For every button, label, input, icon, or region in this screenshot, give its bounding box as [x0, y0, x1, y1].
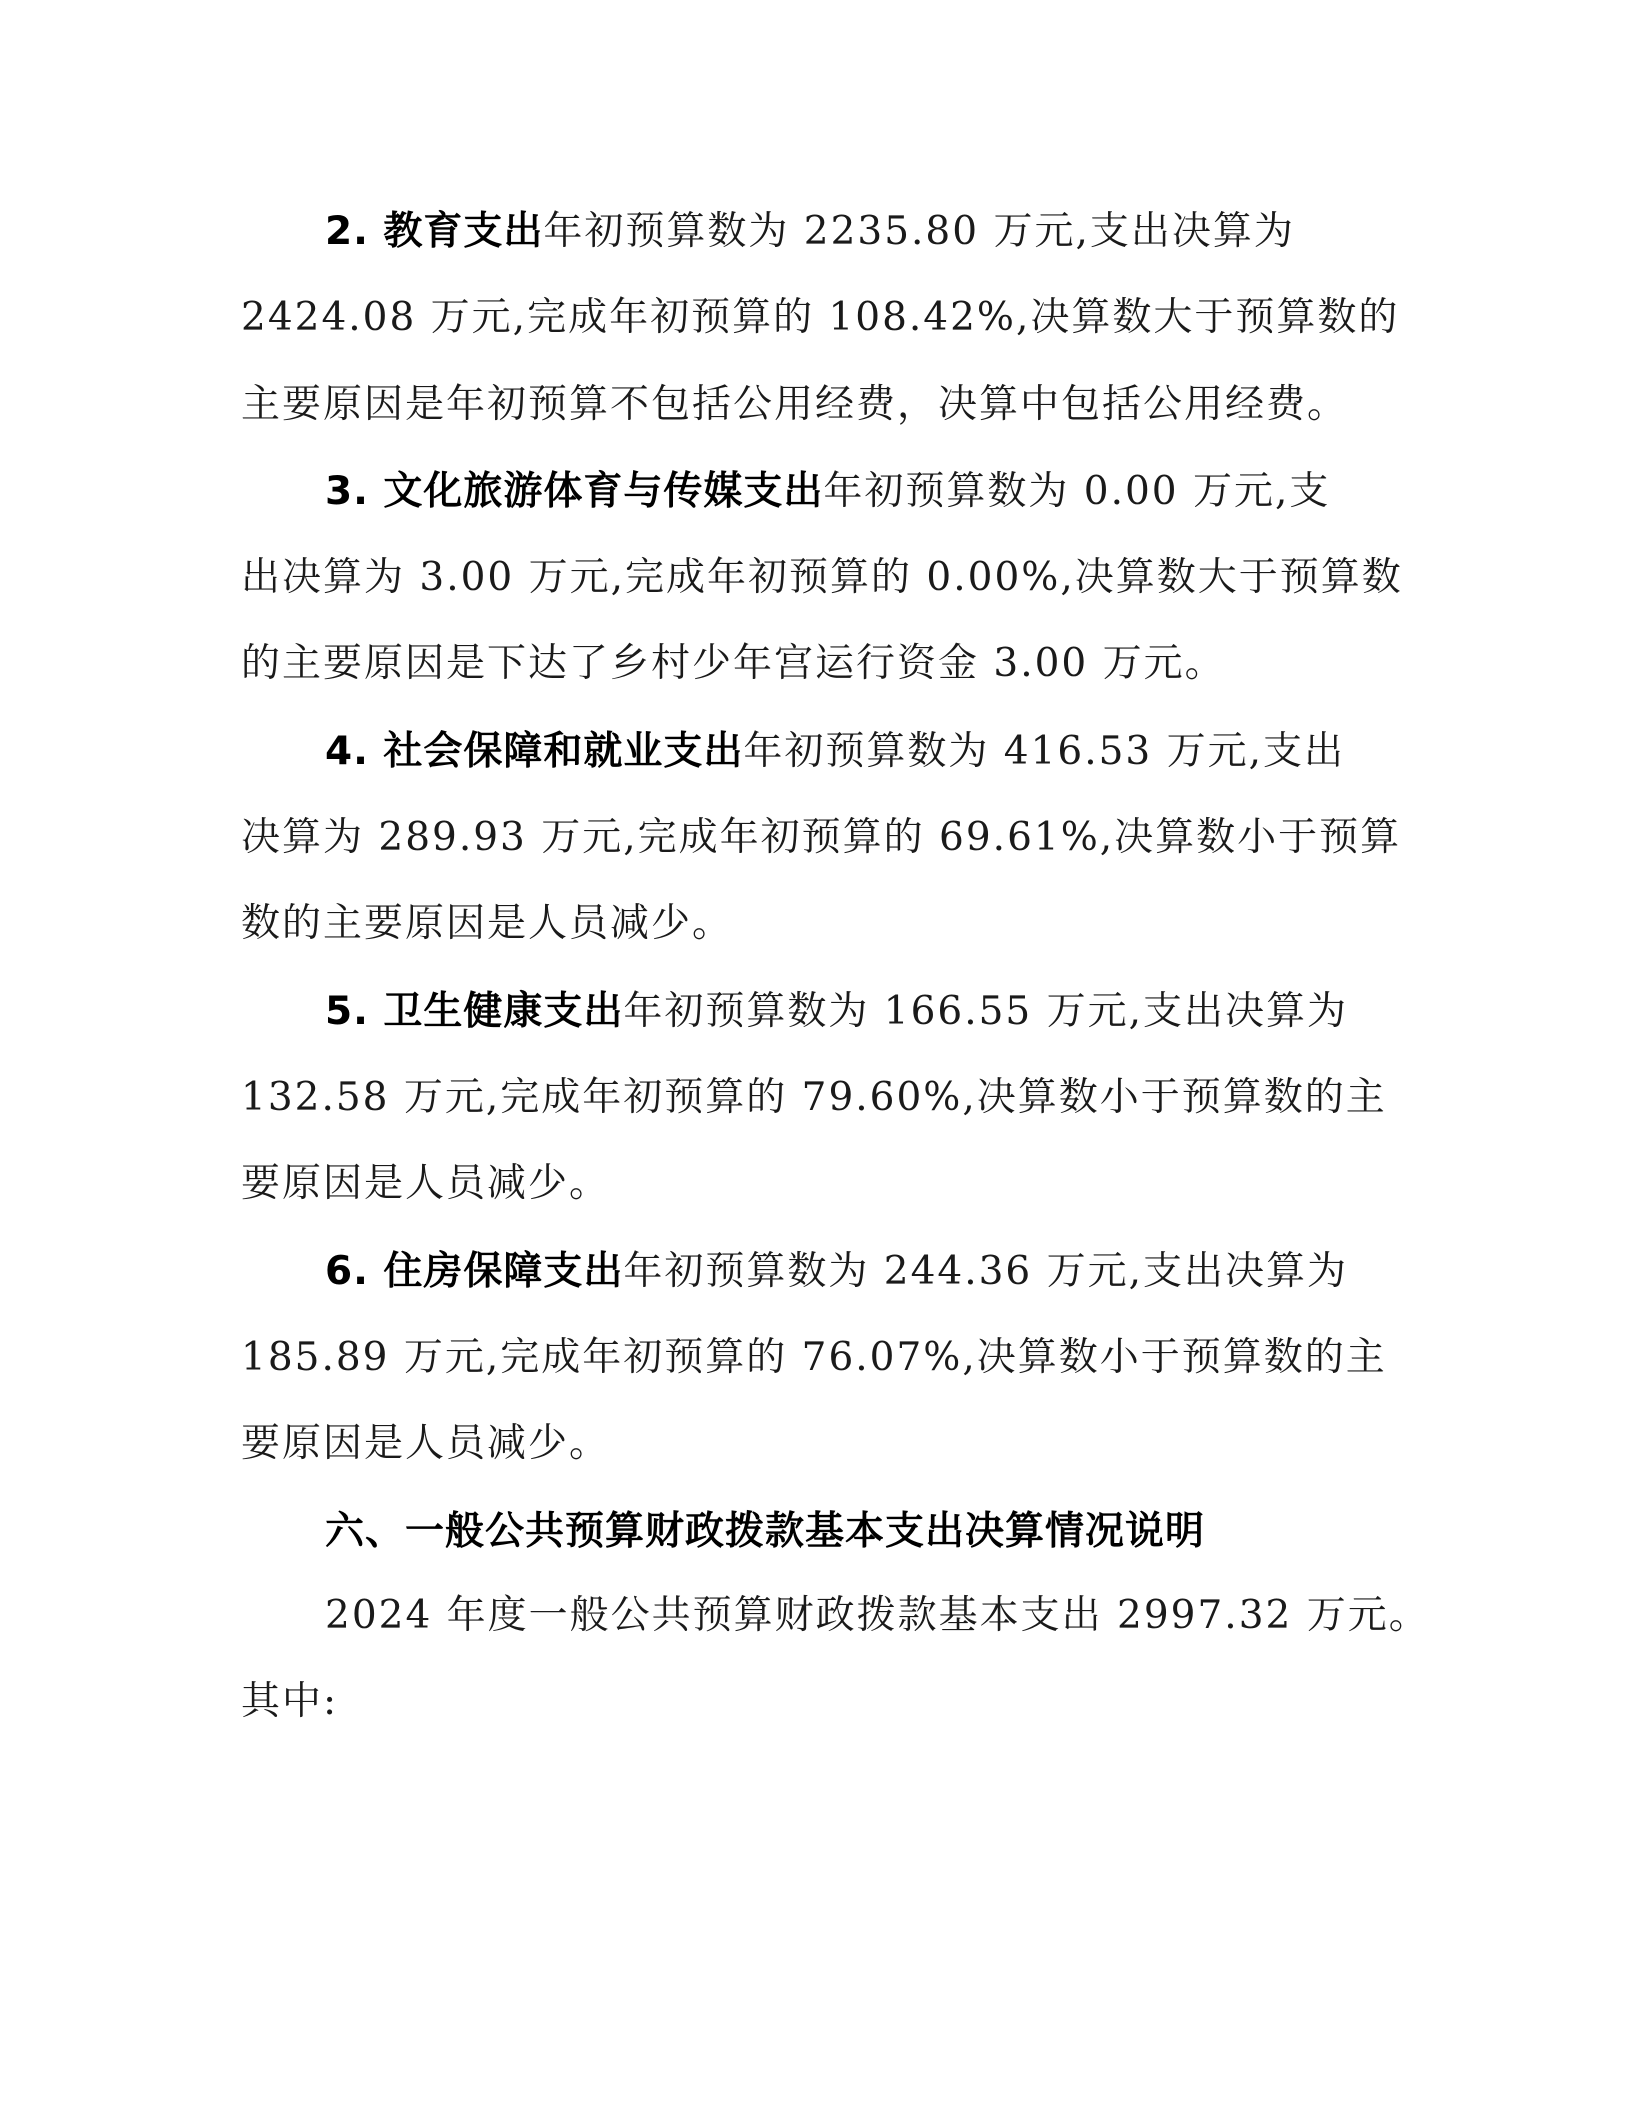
paragraph-6-line-2: 185.89 万元,完成年初预算的 76.07%,决算数小于预算数的主	[241, 1333, 1401, 1383]
paragraph-2-title: 教育支出	[383, 209, 543, 254]
paragraph-4-line-1: 4. 社会保障和就业支出年初预算数为 416.53 万元,支出	[325, 727, 1485, 777]
section-body-line-2: 其中:	[241, 1677, 1401, 1727]
document-page: 2. 教育支出年初预算数为 2235.80 万元,支出决算为 2424.08 万…	[0, 0, 1632, 2112]
paragraph-5-line-2: 132.58 万元,完成年初预算的 79.60%,决算数小于预算数的主	[241, 1073, 1401, 1123]
paragraph-3-line-3: 的主要原因是下达了乡村少年宫运行资金 3.00 万元。	[241, 639, 1401, 689]
paragraph-4-title: 社会保障和就业支出	[383, 729, 743, 774]
paragraph-3-title: 文化旅游体育与传媒支出	[383, 469, 823, 514]
paragraph-5-title: 卫生健康支出	[383, 989, 623, 1034]
paragraph-6-number: 6.	[325, 1249, 369, 1294]
paragraph-6-title: 住房保障支出	[383, 1249, 623, 1294]
paragraph-2-line-3: 主要原因是年初预算不包括公用经费，决算中包括公用经费。	[241, 380, 1401, 430]
paragraph-3-number: 3.	[325, 469, 369, 514]
paragraph-4-line-3: 数的主要原因是人员减少。	[241, 899, 1401, 949]
paragraph-2-number: 2.	[325, 209, 369, 254]
paragraph-6-line-1: 6. 住房保障支出年初预算数为 244.36 万元,支出决算为	[325, 1247, 1485, 1297]
section-heading: 六、一般公共预算财政拨款基本支出决算情况说明	[325, 1507, 1485, 1557]
paragraph-2-text: 年初预算数为 2235.80 万元,支出决算为	[543, 209, 1294, 254]
section-body-line-1: 2024 年度一般公共预算财政拨款基本支出 2997.32 万元。	[325, 1591, 1485, 1641]
paragraph-6-line-3: 要原因是人员减少。	[241, 1419, 1401, 1469]
paragraph-5-line-1: 5. 卫生健康支出年初预算数为 166.55 万元,支出决算为	[325, 987, 1485, 1037]
paragraph-5-number: 5.	[325, 989, 369, 1034]
paragraph-3-line-2: 出决算为 3.00 万元,完成年初预算的 0.00%,决算数大于预算数	[241, 553, 1401, 603]
paragraph-2-line-1: 2. 教育支出年初预算数为 2235.80 万元,支出决算为	[325, 207, 1485, 257]
paragraph-6-text: 年初预算数为 244.36 万元,支出决算为	[623, 1249, 1348, 1294]
paragraph-3-text: 年初预算数为 0.00 万元,支	[823, 469, 1330, 514]
paragraph-4-text: 年初预算数为 416.53 万元,支出	[743, 729, 1345, 774]
paragraph-3-line-1: 3. 文化旅游体育与传媒支出年初预算数为 0.00 万元,支	[325, 467, 1485, 517]
paragraph-5-line-3: 要原因是人员减少。	[241, 1159, 1401, 1209]
paragraph-2-line-2: 2424.08 万元,完成年初预算的 108.42%,决算数大于预算数的	[241, 293, 1401, 343]
paragraph-4-line-2: 决算为 289.93 万元,完成年初预算的 69.61%,决算数小于预算	[241, 813, 1401, 863]
paragraph-5-text: 年初预算数为 166.55 万元,支出决算为	[623, 989, 1348, 1034]
paragraph-4-number: 4.	[325, 729, 369, 774]
